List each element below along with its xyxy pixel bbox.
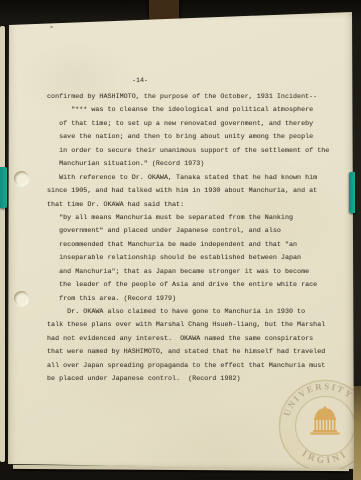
- typed-line: "*** was to cleanse the ideological and …: [47, 104, 347, 117]
- document-page: -14- confirmed by HASHIMOTO, the purpose…: [6, 8, 355, 472]
- page-stack-edge-right: [353, 386, 361, 480]
- typed-line: talk these plans over with Marshal Chang…: [47, 319, 347, 332]
- typed-line: that time Dr. OKAWA had said that:: [47, 199, 347, 212]
- typed-line: Manchurian situation." (Record 1973): [47, 158, 347, 171]
- bookmark-tab-right: [349, 172, 355, 213]
- typed-line: recommended that Manchuria be made indep…: [47, 239, 347, 252]
- typed-line: Dr. OKAWA also claimed to have gone to M…: [47, 306, 347, 319]
- typed-line: With reference to Dr. OKAWA, Tanaka stat…: [47, 172, 347, 185]
- typed-line: since 1905, and had talked with him in 1…: [47, 185, 347, 198]
- typed-line: the leader of the people of Asia and dri…: [47, 279, 347, 292]
- typed-line: from this area. (Record 1979): [47, 293, 347, 306]
- typed-line: confirmed by HASHIMOTO, the purpose of t…: [47, 91, 347, 104]
- typed-line: inseparable relationship should be estab…: [47, 252, 347, 265]
- typed-text: confirmed by HASHIMOTO, the purpose of t…: [47, 91, 347, 387]
- hole-punch-bottom: [14, 291, 29, 306]
- typed-line: "by all means Manchuria must be separate…: [47, 212, 347, 225]
- typed-line: that were named by HASHIMOTO, and stated…: [47, 346, 347, 359]
- typed-line: of that time; to set up a new renovated …: [47, 118, 347, 131]
- library-stamp: UNIVERSITY OF VIRGINIA: [270, 371, 361, 480]
- rotunda-building-icon: [311, 406, 340, 434]
- typed-line: save the nation; and then to bring about…: [47, 131, 347, 144]
- scanned-document-photo: { "page": { "number_label": "-14-", "lin…: [0, 0, 361, 480]
- typed-line: and Manchuria"; that as Japan became str…: [47, 266, 347, 279]
- adjacent-page-edge: [0, 26, 5, 462]
- page-number: -14-: [132, 75, 148, 88]
- typed-line: government" and placed under Japanese co…: [47, 225, 347, 238]
- typed-line: had not evidenced any interest. OKAWA na…: [47, 333, 347, 346]
- typed-line: in order to secure their unanimous suppo…: [47, 145, 347, 158]
- book-spine-tab: [149, 0, 179, 22]
- hole-punch-top: [14, 171, 29, 186]
- bookmark-tab-left: [0, 167, 7, 208]
- paper-speck: [50, 26, 53, 28]
